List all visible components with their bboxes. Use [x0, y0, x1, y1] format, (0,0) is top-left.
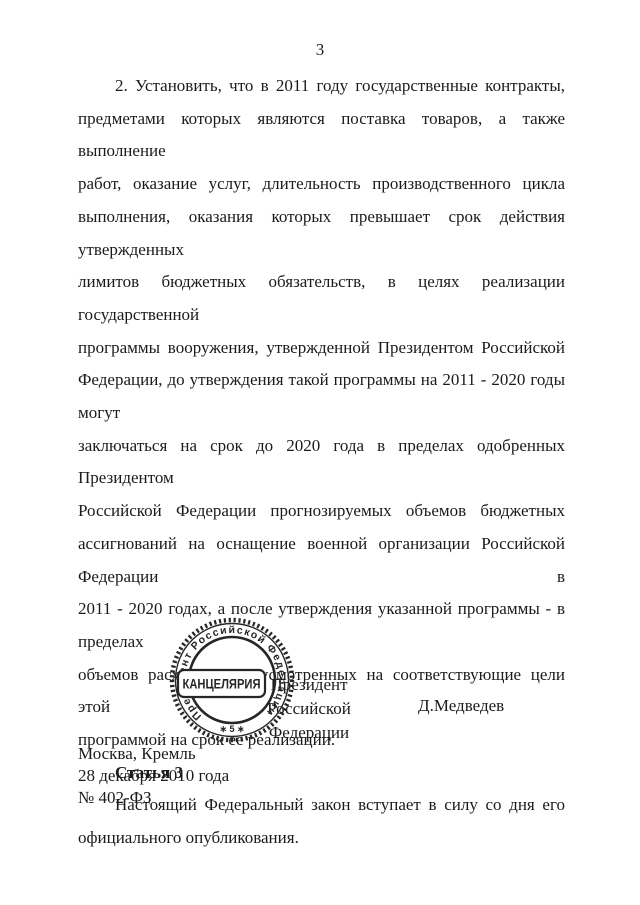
paragraph-line: работ, оказание услуг, длительность прои… — [78, 168, 565, 201]
paragraph-line: 2. Установить, что в 2011 году государст… — [78, 70, 565, 103]
document-page: 3 2. Установить, что в 2011 году государ… — [0, 0, 640, 905]
paragraph-line: выполнения, оказания которых превышает с… — [78, 201, 565, 266]
paragraph-line: программы вооружения, утвержденной Прези… — [78, 332, 565, 365]
footer-date: 28 декабря 2010 года — [78, 765, 229, 787]
paragraph-line: предметами которых являются поставка тов… — [78, 103, 565, 168]
paragraph-line: Российской Федерации прогнозируемых объе… — [78, 495, 565, 528]
footer-block: Москва, Кремль 28 декабря 2010 года № 40… — [78, 743, 229, 809]
chancellery-stamp-icon: Президент Российской Федерации ∗ 5 ∗ КАН… — [164, 612, 300, 748]
footer-number: № 402-ФЗ — [78, 787, 229, 809]
stamp-center-label: КАНЦЕЛЯРИЯ — [183, 677, 261, 692]
page-number: 3 — [0, 40, 640, 60]
stamp-bottom-mark: ∗ 5 ∗ — [219, 724, 244, 734]
paragraph-line: официального опубликования. — [78, 822, 565, 855]
paragraph-line: 2011 - 2020 годах, а после утверждения у… — [78, 593, 565, 658]
signature-name: Д.Медведев — [418, 696, 504, 716]
paragraph-line: Федерации, до утверждения такой программ… — [78, 364, 565, 429]
paragraph-line: ассигнований на оснащение военной органи… — [78, 528, 565, 593]
paragraph-line: лимитов бюджетных обязательств, в целях … — [78, 266, 565, 331]
paragraph-line: заключаться на срок до 2020 года в преде… — [78, 430, 565, 495]
